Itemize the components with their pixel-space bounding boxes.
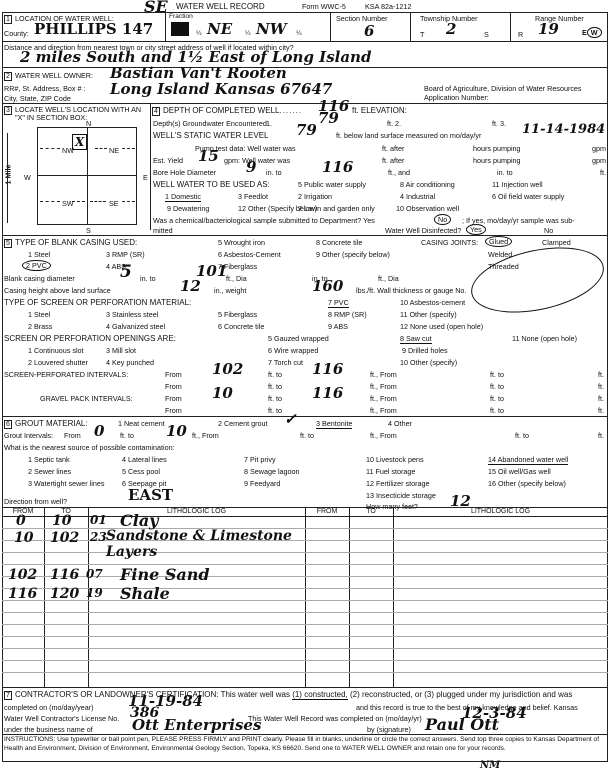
source-option[interactable]: 5 Cess pool <box>122 467 160 476</box>
disinfected-yes-circled[interactable]: Yes <box>466 224 486 235</box>
log-header-to-2: TO <box>349 508 393 515</box>
quarter-2: ¼ <box>245 30 251 37</box>
use-option[interactable]: 10 Observation well <box>396 204 459 213</box>
initials: NM <box>480 760 500 770</box>
ft-to: ft. to <box>268 370 282 379</box>
bore-in-to: in. to <box>266 168 282 177</box>
cert-text: This water well was <box>221 690 290 699</box>
divider <box>2 687 608 688</box>
log-row-from[interactable]: 102 <box>8 567 37 583</box>
use-option[interactable]: 11 Injection well <box>492 180 543 189</box>
screen-option[interactable]: 5 Fiberglass <box>218 310 257 319</box>
divider <box>330 12 331 41</box>
source-option[interactable]: 4 Lateral lines <box>122 455 167 464</box>
screen-option[interactable]: 10 Asbestos-cement <box>400 298 465 307</box>
dash <box>90 201 106 202</box>
ft-to: ft. to <box>120 431 134 440</box>
section-number: 4 <box>152 107 160 116</box>
section-number-label: Section Number <box>336 14 388 23</box>
from-label: From <box>165 394 182 403</box>
range-ew[interactable]: EW <box>582 28 602 37</box>
source-option[interactable]: 2 Sewer lines <box>28 467 71 476</box>
log-row-to[interactable]: 10 <box>52 513 71 529</box>
county-field[interactable]: PHILLIPS 147 <box>34 20 153 38</box>
ft: ft. <box>600 168 606 177</box>
source-abandoned-well-selected[interactable]: 14 Abandoned water well <box>488 455 568 465</box>
ft-end: ft. <box>598 406 604 415</box>
diameter-label: Blank casing diameter <box>4 274 75 283</box>
opening-option[interactable]: 10 Other (specify) <box>400 358 457 367</box>
grout-intervals-label: Grout Intervals: <box>4 431 53 440</box>
ruled-line <box>2 660 608 661</box>
dash <box>40 148 60 149</box>
ft-to: ft. to <box>490 394 504 403</box>
casing-option[interactable]: 5 Wrought iron <box>218 238 265 247</box>
weight-suffix: lbs./ft. Wall thickness or gauge No. <box>356 286 466 295</box>
joints-option[interactable]: Clamped <box>542 238 571 247</box>
sample-label: Was a chemical/bacteriological sample su… <box>153 216 375 225</box>
quadrant-se[interactable]: SE <box>109 199 119 208</box>
heading: LOCATE WELL'S LOCATION WITH AN "X" IN SE… <box>15 106 145 122</box>
disinfected-label: Water Well Disinfected? <box>385 226 461 235</box>
source-option[interactable]: 15 Oil well/Gas well <box>488 467 551 476</box>
opening-option[interactable]: 7 Torch cut <box>268 358 303 367</box>
static-label: WELL'S STATIC WATER LEVEL <box>153 131 268 140</box>
screen-heading: TYPE OF SCREEN OR PERFORATION MATERIAL: <box>4 298 191 307</box>
record-label: This Water Well Record was completed on … <box>248 714 422 723</box>
dash <box>72 201 85 202</box>
gravel-label: GRAVEL PACK INTERVALS: <box>40 394 133 403</box>
section-number: 2 <box>4 72 12 81</box>
fraction-2-field[interactable]: NE <box>207 20 232 38</box>
screen-option[interactable]: 1 Steel <box>28 310 50 319</box>
section-number: 1 <box>4 15 12 24</box>
mile-scale <box>7 133 8 223</box>
height-label: Casing height above land surface <box>4 286 111 295</box>
completed-label: completed on (mo/day/year) <box>4 703 94 712</box>
use-option[interactable]: 7 Lawn and garden only <box>298 204 375 213</box>
business-field[interactable]: Ott Enterprises <box>132 716 261 734</box>
grout-bentonite-selected[interactable]: 3 Bentonite <box>316 419 352 429</box>
ft-end: ft. <box>598 431 604 440</box>
bore-ft-and: ft., and <box>388 168 410 177</box>
from-label: From <box>64 431 81 440</box>
quarter-1: ¼ <box>196 30 202 37</box>
section-2-heading: 2WATER WELL OWNER: <box>4 71 93 81</box>
section-number: 3 <box>4 106 12 115</box>
elevation-label: ft. ELEVATION: <box>352 106 407 115</box>
grout-from-field[interactable]: 0 <box>94 422 104 440</box>
log-row-code: 23 <box>90 530 107 544</box>
log-row-code: 19 <box>86 586 103 600</box>
log-header-from-2: FROM <box>305 508 349 515</box>
log-row-from[interactable]: 116 <box>8 586 37 602</box>
use-option[interactable]: 5 Public water supply <box>298 180 366 189</box>
cert-text: (2) reconstructed, or (3) plugged under … <box>350 690 572 699</box>
township-s: S <box>484 30 489 39</box>
casing-pvc-circled[interactable]: 2 PVC <box>22 260 51 271</box>
west-label: W <box>24 173 31 182</box>
ft-to: ft. to <box>268 394 282 403</box>
sample-suffix2: mitted <box>153 226 173 235</box>
source-option[interactable]: 13 Insecticide storage <box>366 491 436 500</box>
source-option[interactable]: 3 Watertight sewer lines <box>28 479 104 488</box>
log-row-to[interactable]: 116 <box>50 567 79 583</box>
township-t: T <box>420 30 424 39</box>
opening-option[interactable]: 4 Key punched <box>106 358 154 367</box>
ft-to: ft. to <box>490 406 504 415</box>
divider <box>2 103 608 104</box>
form-number: Form WWC-5 <box>302 2 346 11</box>
casing-option[interactable]: 3 RMP (SR) <box>106 250 145 259</box>
section-7-heading: 7CONTRACTOR'S OR LANDOWNER'S CERTIFICATI… <box>4 690 572 700</box>
use-label: WELL WATER TO BE USED AS: <box>153 180 270 189</box>
divider <box>2 235 608 236</box>
source-option[interactable]: 8 Sewage lagoon <box>244 467 300 476</box>
joints-label: CASING JOINTS: <box>421 238 478 247</box>
gravel-to-1-field[interactable]: 116 <box>312 384 343 402</box>
range-w-circled: W <box>587 27 602 38</box>
source-option[interactable]: 7 Pit privy <box>244 455 276 464</box>
quadrant-ne[interactable]: NE <box>109 146 119 155</box>
constructed-selected[interactable]: (1) constructed, <box>292 690 348 700</box>
screen-option[interactable]: 8 RMP (SR) <box>328 310 367 319</box>
use-option[interactable]: 2 Irrigation <box>298 192 332 201</box>
log-row-desc[interactable]: Shale <box>120 584 170 603</box>
fraction-3-field[interactable]: NW <box>256 20 287 38</box>
gpm: gpm <box>592 144 606 153</box>
screen-from-1-field[interactable]: 102 <box>212 360 243 378</box>
source-option[interactable]: 11 Fuel storage <box>366 467 415 476</box>
log-row-code: 01 <box>90 513 107 527</box>
section-number: 7 <box>4 691 12 700</box>
log-row-to[interactable]: 120 <box>50 586 79 602</box>
from-label: From <box>165 370 182 379</box>
bore-label: Bore Hole Diameter <box>153 168 216 177</box>
use-option[interactable]: 6 Oil field water supply <box>492 192 564 201</box>
signature-label: by (signature) <box>367 725 411 734</box>
log-row-desc[interactable]: Sandstone & Limestone Layers <box>106 528 306 560</box>
screen-option[interactable]: 6 Concrete tile <box>218 322 264 331</box>
log-row-to[interactable]: 102 <box>50 530 79 546</box>
ft-from: ft., From <box>370 431 397 440</box>
ruled-line <box>2 672 608 673</box>
dash <box>95 148 107 149</box>
instructions-text: INSTRUCTIONS: Use typewriter or ball poi… <box>4 735 606 753</box>
diameter-in-to: in. to <box>140 274 156 283</box>
diameter-field[interactable]: 5 <box>120 262 132 282</box>
gravel-from-1-field[interactable]: 10 <box>212 384 233 402</box>
section-3-heading: 3LOCATE WELL'S LOCATION WITH AN "X" IN S… <box>4 106 145 122</box>
casing-option[interactable]: 6 Asbestos-Cement <box>218 250 281 259</box>
fraction-label: Fraction <box>169 13 193 20</box>
heading: GROUT MATERIAL: <box>15 419 88 428</box>
ft-to: ft. to <box>515 431 529 440</box>
casing-option[interactable]: 8 Concrete tile <box>316 238 362 247</box>
checkmark-icon: ✓ <box>284 410 297 428</box>
opening-option[interactable]: 5 Gauzed wrapped <box>268 334 329 343</box>
east-label: E <box>143 173 148 182</box>
ft-to: ft. to <box>268 406 282 415</box>
ruled-line <box>2 564 608 565</box>
screen-option[interactable]: 2 Brass <box>28 322 52 331</box>
ft-from: ft., From <box>370 370 397 379</box>
source-option[interactable]: 16 Other (specify below) <box>488 479 566 488</box>
ft-to: ft. to <box>268 382 282 391</box>
divider <box>2 41 608 42</box>
ft-from: ft., From <box>192 431 219 440</box>
section-number-field[interactable]: 6 <box>364 22 374 40</box>
license-label: Water Well Contractor's License No. <box>4 714 119 723</box>
source-option[interactable]: 12 Fertilizer storage <box>366 479 430 488</box>
log-row-code: 07 <box>86 567 103 581</box>
opening-option[interactable]: 1 Continuous slot <box>28 346 84 355</box>
ft2-label: ft. 2. <box>387 119 401 128</box>
ft3-label: ft. 3. <box>492 119 506 128</box>
location-x-mark: X <box>72 134 87 150</box>
screen-to-1-field[interactable]: 116 <box>312 360 343 378</box>
board-label: Board of Agriculture, Division of Water … <box>424 84 582 93</box>
yield-unit: gpm: Well water was <box>224 156 290 165</box>
ruled-line <box>2 648 608 649</box>
screen-option[interactable]: 11 Other (specify) <box>400 310 457 319</box>
screen-option[interactable]: 4 Galvanized steel <box>106 322 165 331</box>
section-6-heading: 6GROUT MATERIAL: <box>4 419 88 429</box>
weight-label: in., weight <box>214 286 246 295</box>
static-suffix: ft. below land surface measured on mo/da… <box>336 131 481 140</box>
static-field[interactable]: 79 <box>296 121 317 139</box>
sample-no-circled[interactable]: No <box>434 214 451 225</box>
screen-pvc-selected[interactable]: 7 PVC <box>328 298 349 308</box>
county-label: County: <box>4 29 29 38</box>
divider <box>510 12 511 41</box>
struck-fraction <box>171 22 189 36</box>
bore-to-field[interactable]: 116 <box>322 158 353 176</box>
screen-intervals-label: SCREEN-PERFORATED INTERVALS: <box>4 370 128 379</box>
yield-field[interactable]: 15 <box>198 147 219 165</box>
grout-to-field[interactable]: 10 <box>166 422 187 440</box>
casing-option[interactable]: 1 Steel <box>28 250 50 259</box>
direction-label: Direction from well? <box>4 497 67 506</box>
depth-label: DEPTH OF COMPLETED WELL <box>163 106 279 115</box>
from-label: From <box>165 382 182 391</box>
range-r: R <box>518 30 523 39</box>
hours-pumping: hours pumping <box>473 156 521 165</box>
dash <box>122 148 135 149</box>
opening-option[interactable]: 11 None (open hole) <box>512 334 577 343</box>
ruled-line <box>2 612 608 613</box>
use-option-selected[interactable]: 1 Domestic <box>165 192 201 202</box>
business-label: under the business name of <box>4 725 93 734</box>
city-field[interactable]: Long Island Kansas 67647 <box>110 80 332 98</box>
south-label: S <box>86 226 91 235</box>
openings-heading: SCREEN OR PERFORATION OPENINGS ARE: <box>4 334 176 343</box>
log-header-lithologic-2: LITHOLOGIC LOG <box>393 508 608 515</box>
opening-saw-cut-selected[interactable]: 8 Saw cut <box>400 334 432 344</box>
section-5-heading: 5TYPE OF BLANK CASING USED: <box>4 238 137 248</box>
in-to: in. to <box>497 168 513 177</box>
source-option[interactable]: 1 Septic tank <box>28 455 70 464</box>
groundwater-label: Depth(s) Groundwater Encountered <box>153 119 267 128</box>
weight-field[interactable]: 160 <box>312 277 343 295</box>
ft-to: ft. to <box>490 370 504 379</box>
ft-after: ft. after <box>382 156 404 165</box>
range-field[interactable]: 19 <box>538 20 559 38</box>
opening-option[interactable]: 9 Drilled holes <box>402 346 448 355</box>
divider <box>2 67 608 68</box>
log-row-from[interactable]: 10 <box>14 530 33 546</box>
use-option[interactable]: 9 Dewatering <box>167 204 209 213</box>
dia-label: ft., Dia <box>226 274 247 283</box>
opening-option[interactable]: 6 Wire wrapped <box>268 346 318 355</box>
dash <box>122 201 135 202</box>
grout-option[interactable]: 4 Other <box>388 419 412 428</box>
ft-from: ft., From <box>370 406 397 415</box>
form-title: WATER WELL RECORD <box>176 2 265 11</box>
ft-end: ft. <box>598 394 604 403</box>
ft-to: ft. to <box>300 431 314 440</box>
township-field[interactable]: 2 <box>446 20 456 38</box>
screen-option[interactable]: 9 ABS <box>328 322 348 331</box>
ft-from: ft., From <box>370 394 397 403</box>
screen-option[interactable]: 3 Stainless steel <box>106 310 158 319</box>
casing-option[interactable]: 9 Other (specify below) <box>316 250 390 259</box>
divider <box>150 103 151 230</box>
source-option[interactable]: 10 Livestock pens <box>366 455 424 464</box>
city-label: City, State, ZIP Code <box>4 94 71 103</box>
ruled-line <box>2 636 608 637</box>
joints-glued-circled[interactable]: Glued <box>485 236 512 247</box>
opening-option[interactable]: 2 Louvered shutter <box>28 358 88 367</box>
divider <box>410 12 411 41</box>
use-option[interactable]: 4 Industrial <box>400 192 435 201</box>
address-label: RR#, St. Address, Box # : <box>4 84 86 93</box>
ruled-line <box>2 624 608 625</box>
log-row-desc[interactable]: Fine Sand <box>120 565 210 584</box>
ft-after: ft. after <box>382 144 404 153</box>
dia-label: ft., Dia <box>378 274 399 283</box>
groundwater-1-field[interactable]: 79 <box>318 109 339 127</box>
section-number: 6 <box>4 420 12 429</box>
screen-option[interactable]: 12 None used (open hole) <box>400 322 483 331</box>
ft-end: ft. <box>598 382 604 391</box>
yield-label: Est. Yield <box>153 156 183 165</box>
use-option[interactable]: 3 Feedlot <box>238 192 268 201</box>
depth-row: 4DEPTH OF COMPLETED WELL....... <box>152 106 302 116</box>
log-row-from[interactable]: 0 <box>16 513 26 529</box>
source-option[interactable]: 9 Feedyard <box>244 479 280 488</box>
height-field[interactable]: 12 <box>180 277 201 295</box>
hours-pumping: hours pumping <box>473 144 521 153</box>
static-date-field[interactable]: 11-14-1984 <box>522 122 605 137</box>
quarter-3: ¼ <box>296 30 302 37</box>
ft-end: ft. <box>598 370 604 379</box>
application-label: Application Number: <box>424 93 489 102</box>
signature-field[interactable]: Paul Ott <box>425 715 499 734</box>
ruled-line <box>2 600 608 601</box>
opening-option[interactable]: 3 Mill slot <box>106 346 136 355</box>
grout-option[interactable]: 2 Cement grout <box>218 419 268 428</box>
dash <box>40 201 60 202</box>
section-number: 5 <box>4 239 12 248</box>
heading: WATER WELL OWNER: <box>15 71 93 80</box>
bore-field[interactable]: 9 <box>246 158 256 176</box>
divider <box>165 12 166 41</box>
divider <box>2 416 608 417</box>
ft-from: ft., From <box>370 382 397 391</box>
gpm: gpm <box>592 156 606 165</box>
use-option[interactable]: 8 Air conditioning <box>400 180 455 189</box>
disinfected-no[interactable]: No <box>544 226 553 235</box>
contamination-label: What is the nearest source of possible c… <box>4 443 175 452</box>
from-label: From <box>165 406 182 415</box>
direction-field[interactable]: EAST <box>128 486 173 504</box>
ft-to: ft. to <box>490 382 504 391</box>
grout-option[interactable]: 1 Neat cement <box>118 419 165 428</box>
heading: TYPE OF BLANK CASING USED: <box>15 238 137 247</box>
form-statute: KSA 82a-1212 <box>365 2 411 11</box>
